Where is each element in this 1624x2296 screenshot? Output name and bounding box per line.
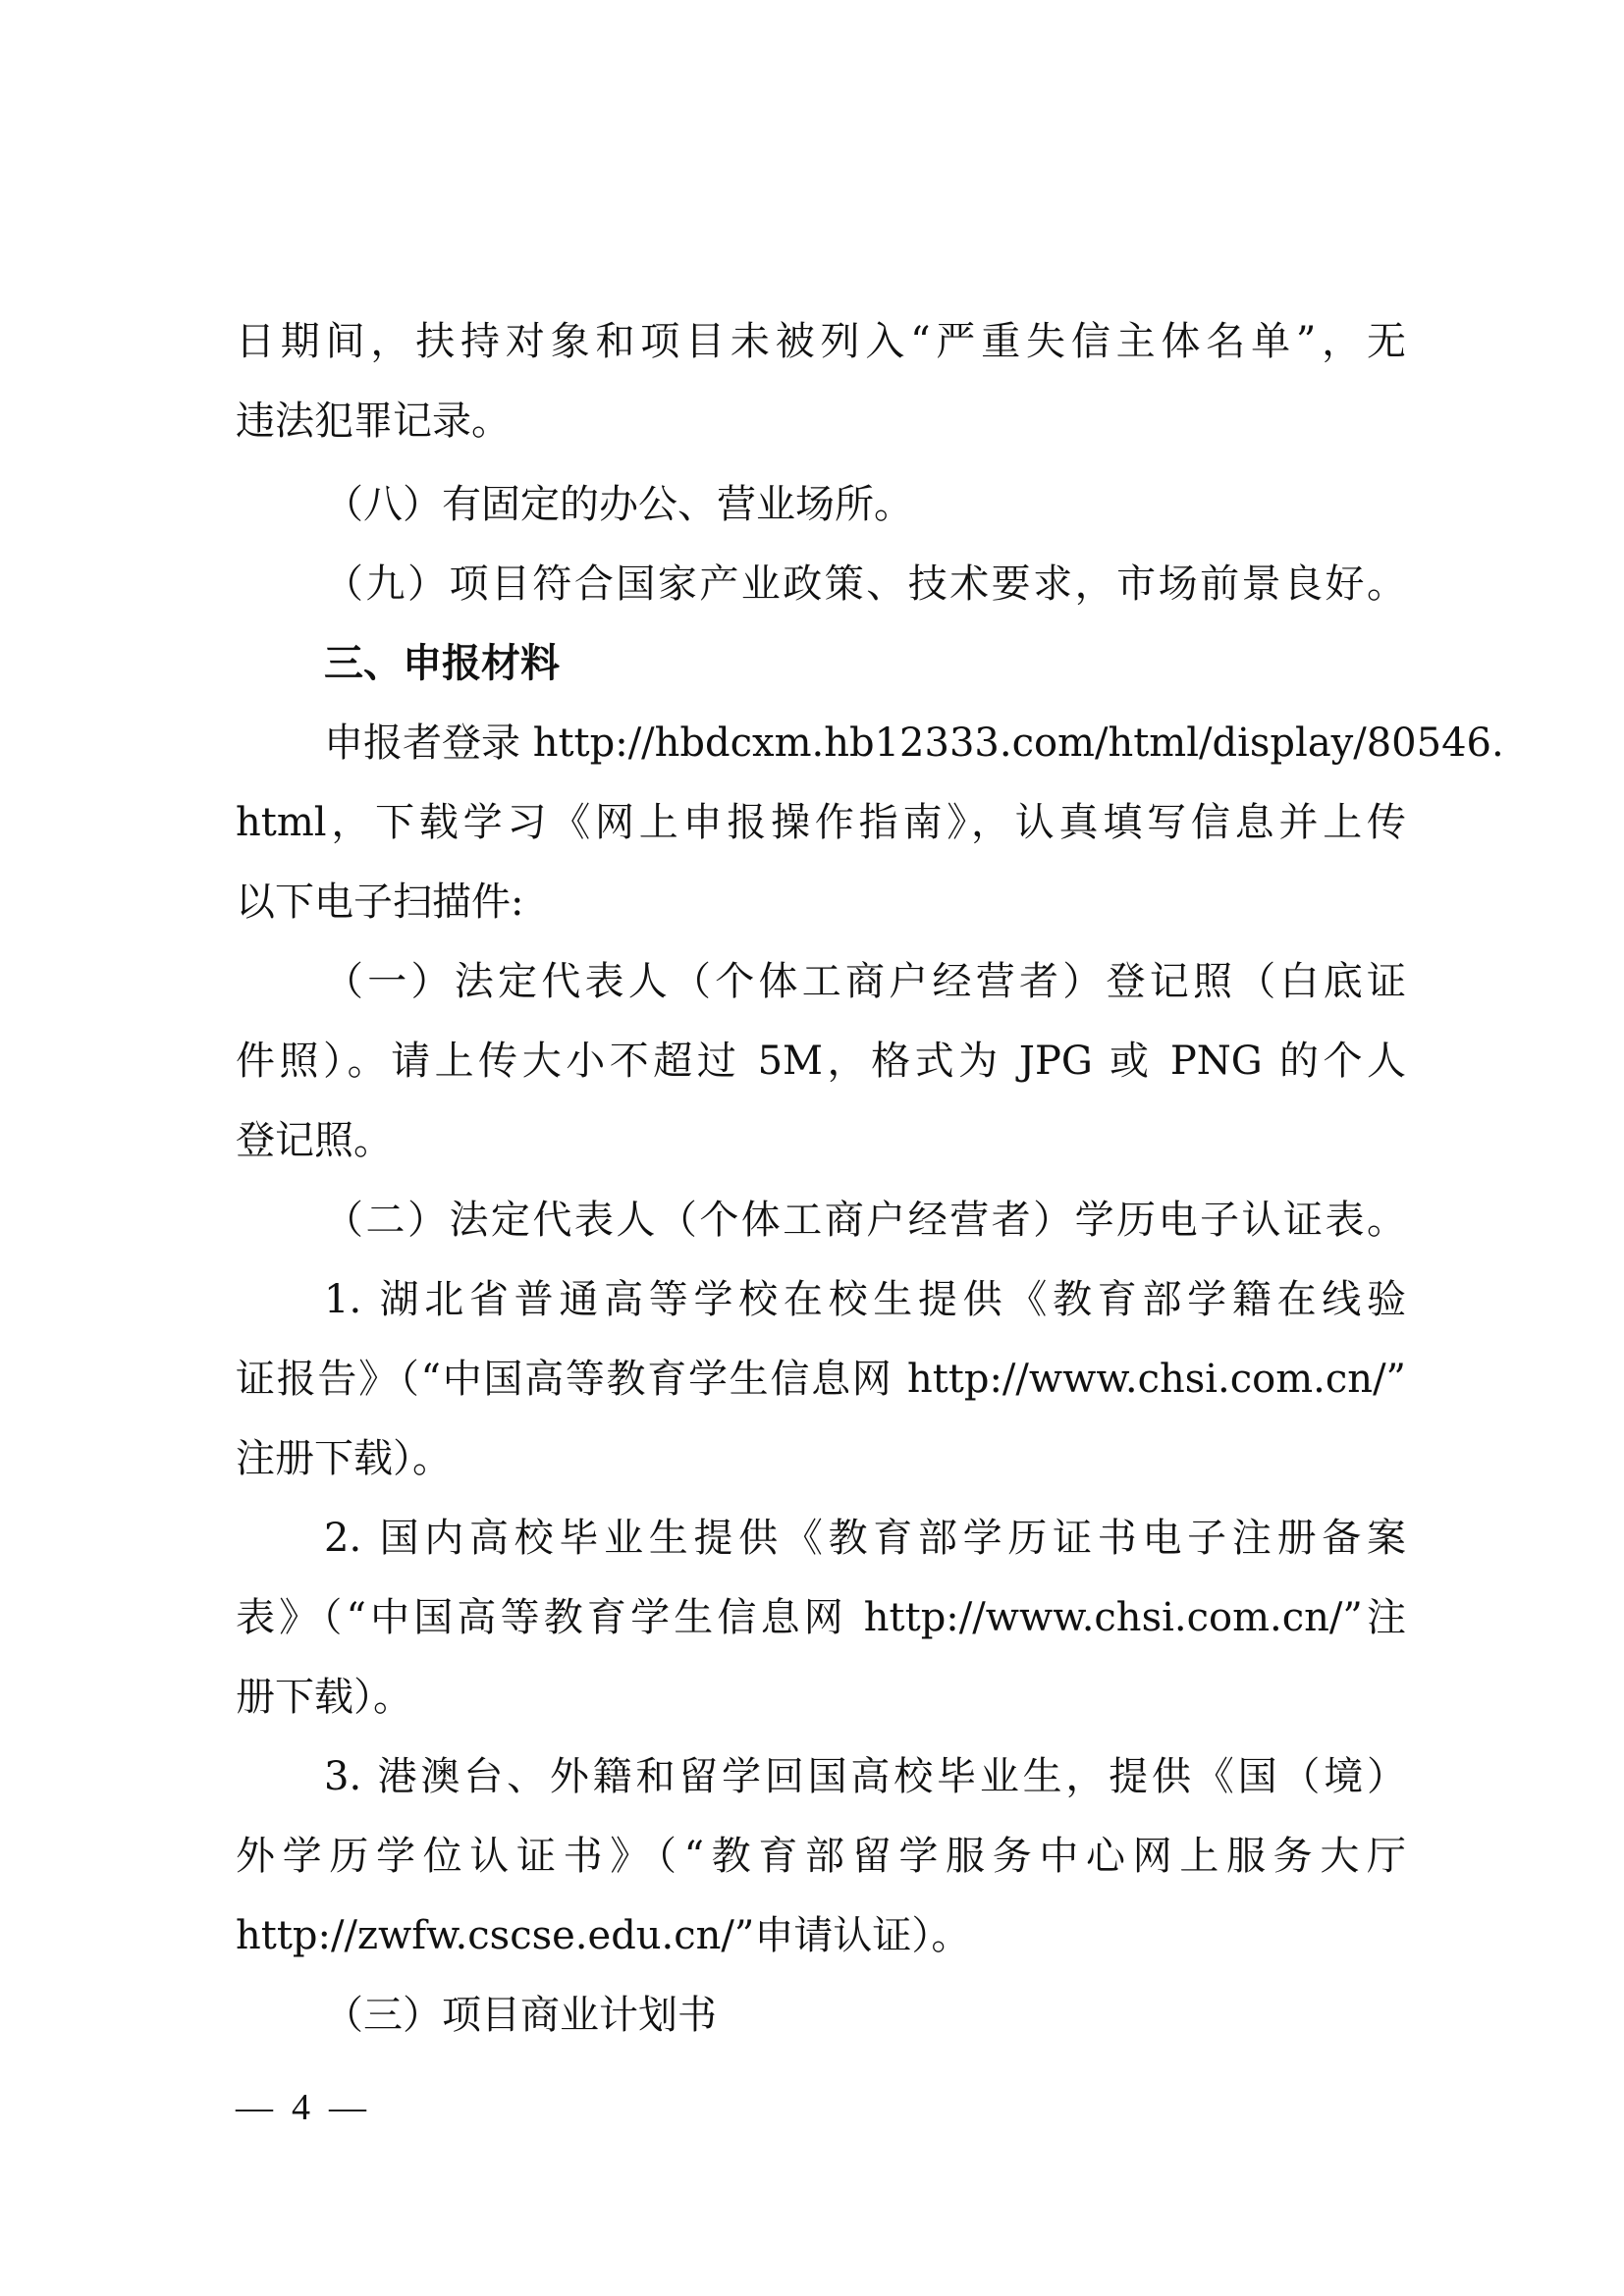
list-item-2: （二）法定代表人（个体工商户经营者）学历电子认证表。 [324,1191,1406,1250]
page-number: — 4 — [236,2083,366,2132]
text-line: 册下载）。 [236,1668,1406,1727]
text-line: 件照）。请上传大小不超过 5M，格式为 JPG 或 PNG 的个人 [236,1032,1406,1091]
section-heading: 三、申报材料 [324,634,1406,693]
list-item-8: （八）有固定的办公、营业场所。 [324,475,1406,534]
paragraph-line-with-url: 申报者登录 http://hbdcxm.hb12333.com/html/dis… [324,714,1406,773]
text-line: 以下电子扫描件: [236,873,1406,932]
text-line: 违法犯罪记录。 [236,392,1406,451]
text-line: 外学历学位认证书》（“教育部留学服务中心网上服务大厅 [236,1827,1406,1886]
text-line: 注册下载）。 [236,1429,1406,1488]
list-item-3: （三）项目商业计划书 [324,1986,1406,2045]
text-line-with-url: 证报告》（“中国高等教育学生信息网 http://www.chsi.com.cn… [236,1350,1406,1409]
text-line-with-url: http://zwfw.cscse.edu.cn/”申请认证）。 [236,1906,1406,1965]
text-line: 登记照。 [236,1111,1406,1170]
numbered-item-1: 1. 湖北省普通高等学校在校生提供《教育部学籍在线验 [324,1270,1406,1329]
list-item-1: （一）法定代表人（个体工商户经营者）登记照（白底证 [324,952,1406,1011]
numbered-item-3: 3. 港澳台、外籍和留学回国高校毕业生，提供《国（境） [324,1747,1406,1806]
text-line-with-url: 表》（“中国高等教育学生信息网 http://www.chsi.com.cn/”… [236,1588,1406,1647]
document-page: 日期间，扶持对象和项目未被列入“严重失信主体名单”，无 违法犯罪记录。 （八）有… [0,0,1624,2296]
numbered-item-2: 2. 国内高校毕业生提供《教育部学历证书电子注册备案 [324,1509,1406,1568]
text-line: 日期间，扶持对象和项目未被列入“严重失信主体名单”，无 [236,312,1406,371]
list-item-9: （九）项目符合国家产业政策、技术要求，市场前景良好。 [324,555,1406,614]
text-line: html，下载学习《网上申报操作指南》，认真填写信息并上传 [236,793,1406,852]
